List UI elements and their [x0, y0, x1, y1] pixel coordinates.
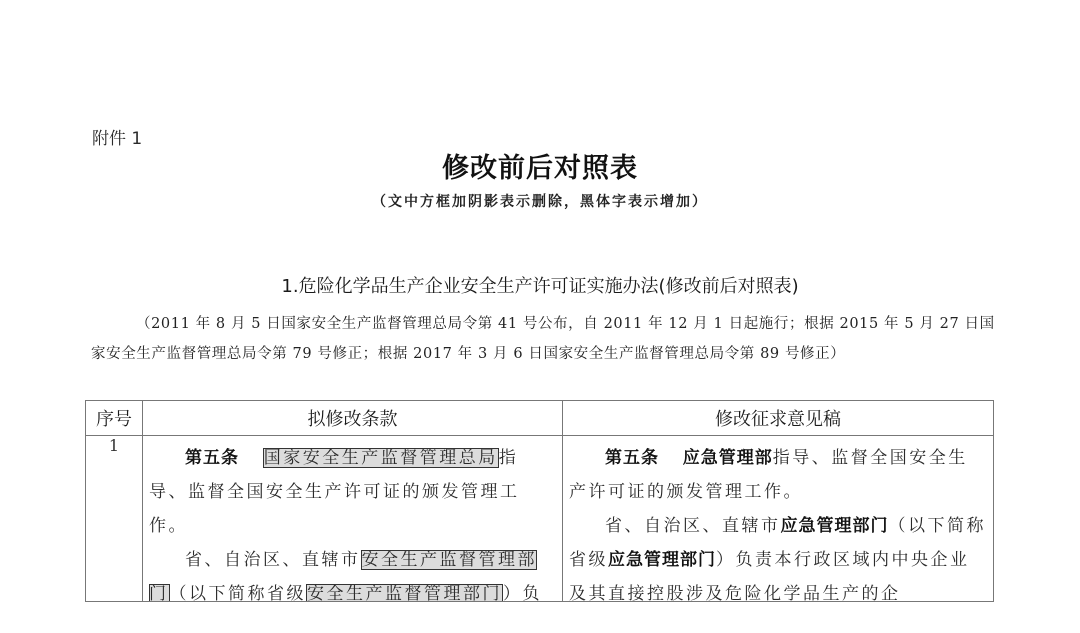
header-seq: 序号: [86, 401, 143, 436]
added-text: 应急管理部门: [781, 516, 889, 536]
table-header-row: 序号 拟修改条款 修改征求意见稿: [86, 401, 994, 436]
revised-paragraph-2: 省、自治区、直辖市应急管理部门（以下简称省级应急管理部门）负责本行政区域内中央企…: [569, 509, 987, 601]
row-seq: 1: [86, 436, 143, 602]
header-original: 拟修改条款: [143, 401, 563, 436]
legend-note: （文中方框加阴影表示删除，黑体字表示增加）: [0, 191, 1080, 211]
header-revised: 修改征求意见稿: [563, 401, 994, 436]
article-label: 第五条: [185, 448, 239, 468]
added-text: 应急管理部门: [608, 550, 716, 570]
original-paragraph-2: 省、自治区、直辖市安全生产监督管理部门（以下简称省级安全生产监督管理部门）负: [149, 543, 556, 601]
revised-text: 省、自治区、直辖市: [605, 516, 781, 536]
revised-cell: 第五条 应急管理部指导、监督全国安全生产许可证的颁发管理工作。 省、自治区、直辖…: [563, 436, 994, 602]
original-text: （以下简称省级: [170, 584, 307, 601]
original-text: ）负: [503, 584, 542, 601]
source-text: （2011 年 8 月 5 日国家安全生产监督管理总局令第 41 号公布，自 2…: [91, 309, 996, 369]
original-cell: 第五条 国家安全生产监督管理总局指导、监督全国安全生产许可证的颁发管理工作。 省…: [143, 436, 563, 602]
article-label: 第五条: [605, 448, 659, 468]
original-text: 省、自治区、直辖市: [185, 550, 361, 570]
deleted-text: 国家安全生产监督管理总局: [263, 448, 499, 468]
comparison-table: 序号 拟修改条款 修改征求意见稿 1 第五条 国家安全生产监督管理总局指导、监督…: [85, 400, 994, 602]
original-paragraph-1: 第五条 国家安全生产监督管理总局指导、监督全国安全生产许可证的颁发管理工作。: [149, 441, 556, 543]
page-title: 修改前后对照表: [0, 146, 1080, 185]
revised-paragraph-1: 第五条 应急管理部指导、监督全国安全生产许可证的颁发管理工作。: [569, 441, 987, 509]
added-text: 应急管理部: [683, 448, 773, 468]
table-row: 1 第五条 国家安全生产监督管理总局指导、监督全国安全生产许可证的颁发管理工作。…: [86, 436, 994, 602]
deleted-text: 安全生产监督管理部门: [306, 584, 503, 601]
section-title: 1.危险化学品生产企业安全生产许可证实施办法(修改前后对照表): [0, 272, 1080, 298]
